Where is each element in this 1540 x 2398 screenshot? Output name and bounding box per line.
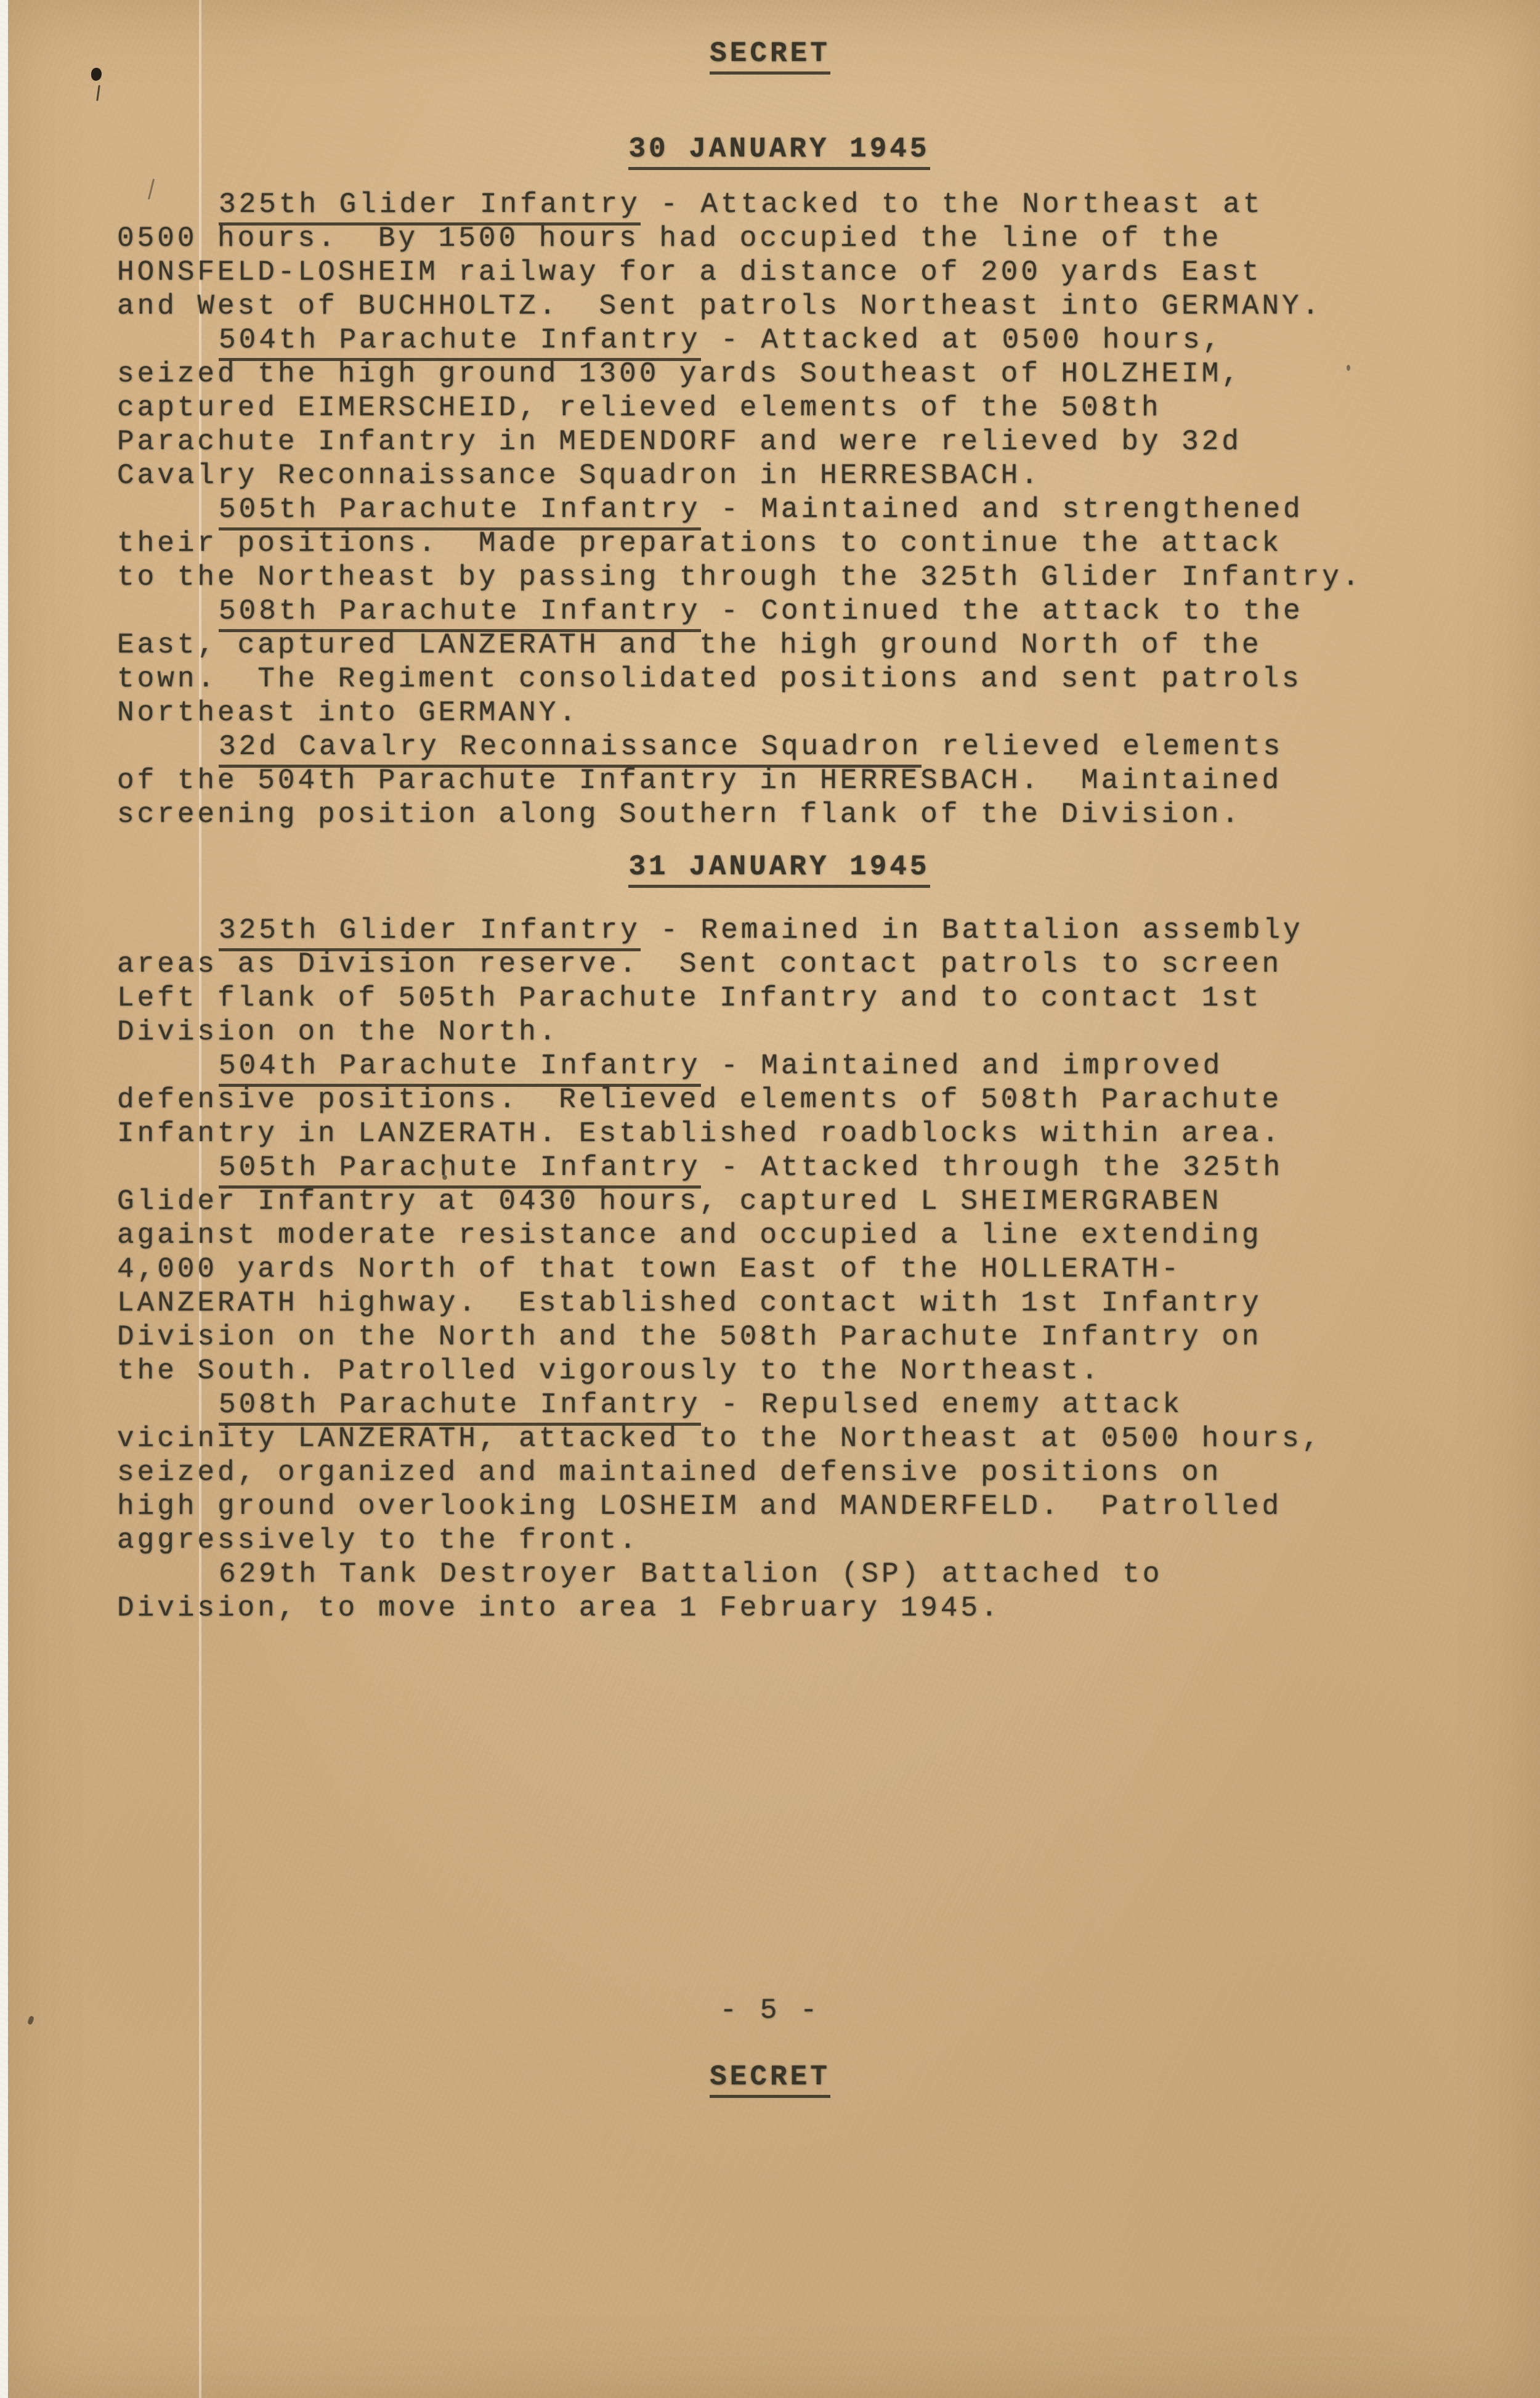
unit-name: 325th Glider Infantry — [219, 189, 641, 226]
unit-name: 508th Parachute Infantry — [219, 1389, 701, 1426]
page-number: - 5 - — [0, 1994, 1540, 2028]
classification-text: SECRET — [710, 38, 830, 75]
unit-name: 504th Parachute Infantry — [219, 324, 701, 361]
paragraph-text: 629th Tank Destroyer Battalion (SP) atta… — [117, 1558, 1162, 1624]
date-heading-text: 30 JANUARY 1945 — [628, 133, 930, 170]
unit-name: 508th Parachute Infantry — [219, 595, 701, 632]
unit-name: 505th Parachute Infantry — [219, 494, 701, 530]
section-heading-30-january: 30 JANUARY 1945 — [117, 132, 1441, 166]
document-page: SECRET 30 JANUARY 1945 325th Glider Infa… — [0, 0, 1540, 2398]
paragraph-508th-parachute-31jan: 508th Parachute Infantry - Repulsed enem… — [117, 1388, 1478, 1558]
paragraph-325th-glider-30jan: 325th Glider Infantry - Attacked to the … — [117, 188, 1478, 323]
section-heading-31-january: 31 JANUARY 1945 — [117, 850, 1441, 884]
classification-banner-top: SECRET — [117, 37, 1423, 71]
paragraph-504th-parachute-30jan: 504th Parachute Infantry - Attacked at 0… — [117, 323, 1478, 493]
page-content: SECRET 30 JANUARY 1945 325th Glider Infa… — [0, 0, 1540, 1625]
paragraph-32d-cavalry-30jan: 32d Cavalry Reconnaissance Squadron reli… — [117, 730, 1478, 832]
paragraph-508th-parachute-30jan: 508th Parachute Infantry - Continued the… — [117, 595, 1478, 730]
paragraph-text: - Attacked through the 325th Glider Infa… — [117, 1152, 1283, 1387]
unit-name: 504th Parachute Infantry — [219, 1050, 701, 1087]
paragraph-629th-tank-destroyer-31jan: 629th Tank Destroyer Battalion (SP) atta… — [117, 1558, 1478, 1625]
unit-name: 325th Glider Infantry — [219, 914, 641, 951]
paragraph-504th-parachute-31jan: 504th Parachute Infantry - Maintained an… — [117, 1049, 1478, 1151]
paragraph-505th-parachute-31jan: 505th Parachute Infantry - Attacked thro… — [117, 1151, 1478, 1388]
classification-text: SECRET — [710, 2061, 830, 2098]
paragraph-505th-parachute-30jan: 505th Parachute Infantry - Maintained an… — [117, 493, 1478, 595]
classification-banner-bottom: SECRET — [0, 2060, 1540, 2094]
unit-name: 505th Parachute Infantry — [219, 1152, 701, 1189]
date-heading-text: 31 JANUARY 1945 — [628, 851, 930, 888]
paragraph-325th-glider-31jan: 325th Glider Infantry - Remained in Batt… — [117, 914, 1478, 1049]
unit-name: 32d Cavalry Reconnaissance Squadron — [219, 731, 922, 768]
